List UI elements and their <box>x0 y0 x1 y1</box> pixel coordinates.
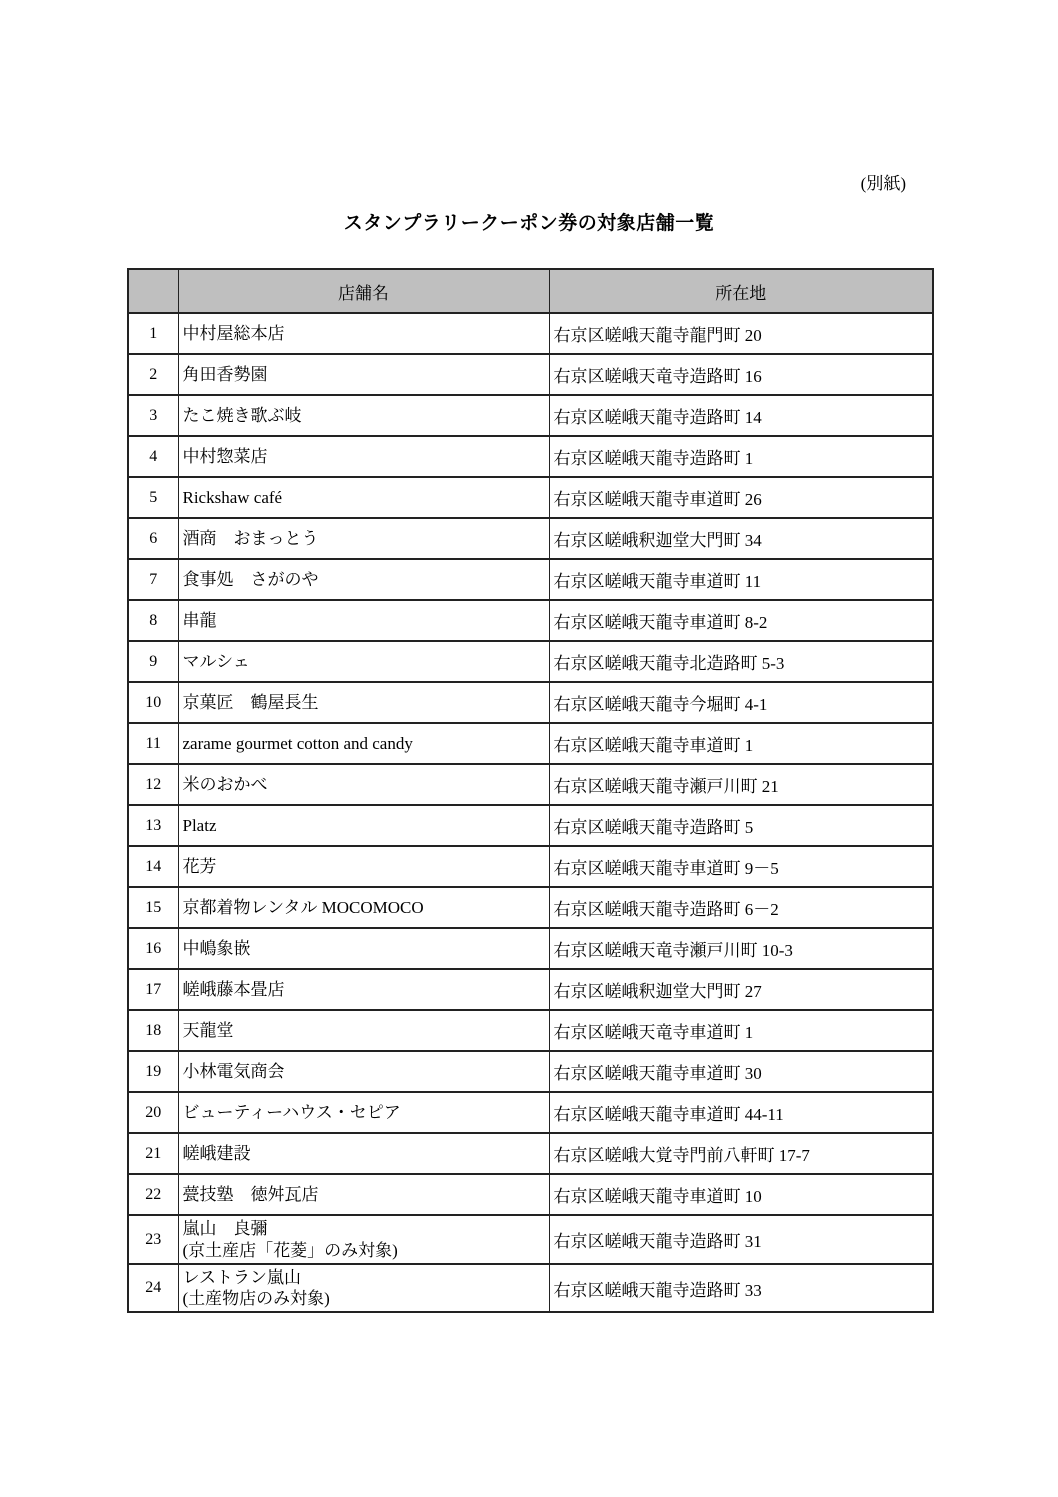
shop-name: Platz <box>178 805 549 846</box>
row-number: 3 <box>128 395 178 436</box>
shop-name: 中村惣菜店 <box>178 436 549 477</box>
shop-name: 甍技塾 徳舛瓦店 <box>178 1174 549 1215</box>
table-row: 12米のおかべ右京区嵯峨天龍寺瀬戸川町 21 <box>128 764 933 805</box>
shop-address: 右京区嵯峨天龍寺車道町 11 <box>549 559 933 600</box>
shop-name: 嵯峨藤本畳店 <box>178 969 549 1010</box>
shop-address: 右京区嵯峨天竜寺瀬戸川町 10-3 <box>549 928 933 969</box>
row-number: 4 <box>128 436 178 477</box>
shop-name: 京菓匠 鶴屋長生 <box>178 682 549 723</box>
shop-name: レストラン嵐山 (土産物店のみ対象) <box>178 1264 549 1313</box>
table-row: 11zarame gourmet cotton and candy右京区嵯峨天龍… <box>128 723 933 764</box>
table-row: 14花芳右京区嵯峨天龍寺車道町 9－5 <box>128 846 933 887</box>
row-number: 9 <box>128 641 178 682</box>
table-header-row: 店舗名 所在地 <box>128 269 933 313</box>
shop-address: 右京区嵯峨天龍寺車道町 1 <box>549 723 933 764</box>
shop-address: 右京区嵯峨天龍寺造路町 31 <box>549 1215 933 1264</box>
shop-address: 右京区嵯峨釈迦堂大門町 34 <box>549 518 933 559</box>
table-row: 5Rickshaw café右京区嵯峨天龍寺車道町 26 <box>128 477 933 518</box>
shop-address: 右京区嵯峨天龍寺車道町 44-11 <box>549 1092 933 1133</box>
table-row: 13Platz右京区嵯峨天龍寺造路町 5 <box>128 805 933 846</box>
table-row: 3たこ焼き歌ぶ岐右京区嵯峨天龍寺造路町 14 <box>128 395 933 436</box>
table-row: 4中村惣菜店右京区嵯峨天龍寺造路町 1 <box>128 436 933 477</box>
shop-name: 串龍 <box>178 600 549 641</box>
shop-address: 右京区嵯峨天龍寺造路町 5 <box>549 805 933 846</box>
shop-name: たこ焼き歌ぶ岐 <box>178 395 549 436</box>
shop-name: 食事処 さがのや <box>178 559 549 600</box>
row-number: 13 <box>128 805 178 846</box>
table-row: 7食事処 さがのや右京区嵯峨天龍寺車道町 11 <box>128 559 933 600</box>
shop-table: 店舗名 所在地 1中村屋総本店右京区嵯峨天龍寺龍門町 202角田香勢園右京区嵯峨… <box>127 268 934 1313</box>
shop-name: Rickshaw café <box>178 477 549 518</box>
row-number: 19 <box>128 1051 178 1092</box>
attachment-note: (別紙) <box>0 0 1058 194</box>
shop-name: 嵐山 良彌 (京土産店「花菱」のみ対象) <box>178 1215 549 1264</box>
row-number: 11 <box>128 723 178 764</box>
shop-name: 嵯峨建設 <box>178 1133 549 1174</box>
table-row: 23嵐山 良彌 (京土産店「花菱」のみ対象)右京区嵯峨天龍寺造路町 31 <box>128 1215 933 1264</box>
row-number: 10 <box>128 682 178 723</box>
table-row: 22甍技塾 徳舛瓦店右京区嵯峨天龍寺車道町 10 <box>128 1174 933 1215</box>
header-cell-address: 所在地 <box>549 269 933 313</box>
shop-name: 角田香勢園 <box>178 354 549 395</box>
table-row: 9マルシェ右京区嵯峨天龍寺北造路町 5-3 <box>128 641 933 682</box>
row-number: 24 <box>128 1264 178 1313</box>
shop-name: 米のおかべ <box>178 764 549 805</box>
shop-name: 中村屋総本店 <box>178 313 549 354</box>
shop-name: 花芳 <box>178 846 549 887</box>
row-number: 12 <box>128 764 178 805</box>
shop-address: 右京区嵯峨天龍寺車道町 9－5 <box>549 846 933 887</box>
table-row: 2角田香勢園右京区嵯峨天竜寺造路町 16 <box>128 354 933 395</box>
table-row: 19小林電気商会右京区嵯峨天龍寺車道町 30 <box>128 1051 933 1092</box>
row-number: 16 <box>128 928 178 969</box>
header-cell-shop-name: 店舗名 <box>178 269 549 313</box>
table-row: 20ビューティーハウス・セピア右京区嵯峨天龍寺車道町 44-11 <box>128 1092 933 1133</box>
shop-address: 右京区嵯峨天龍寺車道町 10 <box>549 1174 933 1215</box>
table-row: 1中村屋総本店右京区嵯峨天龍寺龍門町 20 <box>128 313 933 354</box>
shop-name: zarame gourmet cotton and candy <box>178 723 549 764</box>
table-row: 10京菓匠 鶴屋長生右京区嵯峨天龍寺今堀町 4-1 <box>128 682 933 723</box>
row-number: 20 <box>128 1092 178 1133</box>
row-number: 21 <box>128 1133 178 1174</box>
table-row: 24レストラン嵐山 (土産物店のみ対象)右京区嵯峨天龍寺造路町 33 <box>128 1264 933 1313</box>
header-cell-number <box>128 269 178 313</box>
row-number: 5 <box>128 477 178 518</box>
row-number: 2 <box>128 354 178 395</box>
table-body: 1中村屋総本店右京区嵯峨天龍寺龍門町 202角田香勢園右京区嵯峨天竜寺造路町 1… <box>128 313 933 1312</box>
shop-address: 右京区嵯峨天竜寺造路町 16 <box>549 354 933 395</box>
table-row: 8串龍右京区嵯峨天龍寺車道町 8-2 <box>128 600 933 641</box>
shop-address: 右京区嵯峨天龍寺車道町 30 <box>549 1051 933 1092</box>
row-number: 22 <box>128 1174 178 1215</box>
table-row: 17嵯峨藤本畳店右京区嵯峨釈迦堂大門町 27 <box>128 969 933 1010</box>
shop-address: 右京区嵯峨天龍寺龍門町 20 <box>549 313 933 354</box>
table-row: 21嵯峨建設右京区嵯峨大覚寺門前八軒町 17-7 <box>128 1133 933 1174</box>
shop-address: 右京区嵯峨大覚寺門前八軒町 17-7 <box>549 1133 933 1174</box>
row-number: 17 <box>128 969 178 1010</box>
shop-name: 京都着物レンタル MOCOMOCO <box>178 887 549 928</box>
shop-name: 酒商 おまっとう <box>178 518 549 559</box>
row-number: 18 <box>128 1010 178 1051</box>
shop-address: 右京区嵯峨天龍寺車道町 26 <box>549 477 933 518</box>
row-number: 15 <box>128 887 178 928</box>
shop-address: 右京区嵯峨釈迦堂大門町 27 <box>549 969 933 1010</box>
row-number: 23 <box>128 1215 178 1264</box>
shop-address: 右京区嵯峨天竜寺車道町 1 <box>549 1010 933 1051</box>
shop-name: 中嶋象嵌 <box>178 928 549 969</box>
table-container: 店舗名 所在地 1中村屋総本店右京区嵯峨天龍寺龍門町 202角田香勢園右京区嵯峨… <box>127 268 1058 1313</box>
table-row: 16中嶋象嵌右京区嵯峨天竜寺瀬戸川町 10-3 <box>128 928 933 969</box>
shop-address: 右京区嵯峨天龍寺造路町 6－2 <box>549 887 933 928</box>
shop-address: 右京区嵯峨天龍寺造路町 14 <box>549 395 933 436</box>
table-row: 18天龍堂右京区嵯峨天竜寺車道町 1 <box>128 1010 933 1051</box>
row-number: 6 <box>128 518 178 559</box>
table-row: 6酒商 おまっとう右京区嵯峨釈迦堂大門町 34 <box>128 518 933 559</box>
shop-address: 右京区嵯峨天龍寺造路町 1 <box>549 436 933 477</box>
row-number: 7 <box>128 559 178 600</box>
shop-address: 右京区嵯峨天龍寺北造路町 5-3 <box>549 641 933 682</box>
shop-address: 右京区嵯峨天龍寺造路町 33 <box>549 1264 933 1313</box>
shop-address: 右京区嵯峨天龍寺瀬戸川町 21 <box>549 764 933 805</box>
shop-address: 右京区嵯峨天龍寺今堀町 4-1 <box>549 682 933 723</box>
shop-name: ビューティーハウス・セピア <box>178 1092 549 1133</box>
shop-name: マルシェ <box>178 641 549 682</box>
shop-address: 右京区嵯峨天龍寺車道町 8-2 <box>549 600 933 641</box>
row-number: 1 <box>128 313 178 354</box>
page-title: スタンプラリークーポン券の対象店舗一覧 <box>0 208 1058 235</box>
table-row: 15京都着物レンタル MOCOMOCO右京区嵯峨天龍寺造路町 6－2 <box>128 887 933 928</box>
document-page: { "page": { "attachment_note": "(別紙)", "… <box>0 0 1058 1497</box>
row-number: 8 <box>128 600 178 641</box>
row-number: 14 <box>128 846 178 887</box>
shop-name: 天龍堂 <box>178 1010 549 1051</box>
shop-name: 小林電気商会 <box>178 1051 549 1092</box>
